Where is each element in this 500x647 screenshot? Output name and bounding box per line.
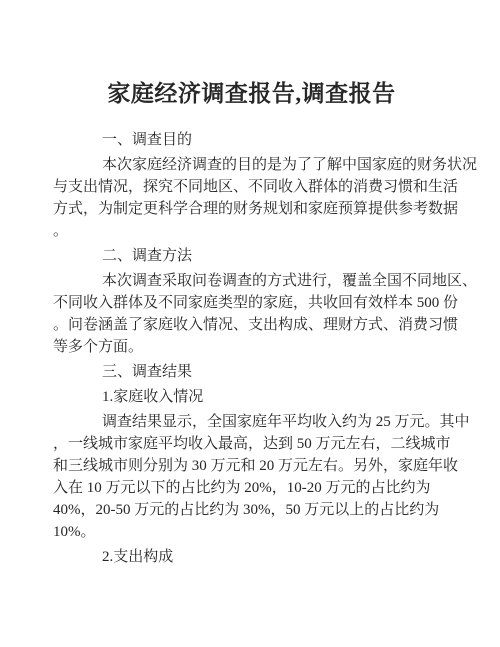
paragraph-line: 40%，20-50 万元的占比约为 30%，50 万元以上的占比约为 <box>53 499 450 521</box>
paragraph-line: 本次家庭经济调查的目的是为了了解中国家庭的财务状况 <box>53 154 450 176</box>
paragraph-line: 。问卷涵盖了家庭收入情况、支出构成、理财方式、消费习惯 <box>53 314 450 336</box>
section-purpose-paragraph: 本次家庭经济调查的目的是为了了解中国家庭的财务状况 与支出情况，探究不同地区、不… <box>53 154 450 242</box>
section-heading-results: 三、调查结果 <box>53 361 450 383</box>
subsection-income-paragraph: 调查结果显示，全国家庭年平均收入约为 25 万元。其中 ，一线城市家庭平均收入最… <box>53 411 450 543</box>
paragraph-line: 方式，为制定更科学合理的财务规划和家庭预算提供参考数据 <box>53 198 450 220</box>
paragraph-line: 调查结果显示，全国家庭年平均收入约为 25 万元。其中 <box>53 411 450 433</box>
paragraph-line: 和三线城市则分别为 30 万元和 20 万元左右。另外，家庭年收 <box>53 455 450 477</box>
paragraph-line: 与支出情况，探究不同地区、不同收入群体的消费习惯和生活 <box>53 176 450 198</box>
document-page: 家庭经济调查报告,调查报告 一、调查目的 本次家庭经济调查的目的是为了了解中国家… <box>0 0 500 647</box>
subsection-heading-expenditure: 2.支出构成 <box>53 546 450 568</box>
paragraph-line: ，一线城市家庭平均收入最高，达到 50 万元左右，二线城市 <box>53 433 450 455</box>
subsection-heading-income: 1.家庭收入情况 <box>53 386 450 408</box>
section-heading-purpose: 一、调查目的 <box>53 129 450 151</box>
document-title: 家庭经济调查报告,调查报告 <box>53 79 450 109</box>
paragraph-line: 。 <box>53 220 450 242</box>
paragraph-line: 不同收入群体及不同家庭类型的家庭，共收回有效样本 500 份 <box>53 292 450 314</box>
section-heading-method: 二、调查方法 <box>53 245 450 267</box>
paragraph-line: 等多个方面。 <box>53 336 450 358</box>
paragraph-line: 入在 10 万元以下的占比约为 20%，10-20 万元的占比约为 <box>53 477 450 499</box>
paragraph-line: 本次调查采取问卷调查的方式进行，覆盖全国不同地区、 <box>53 270 450 292</box>
paragraph-line: 10%。 <box>53 521 450 543</box>
section-method-paragraph: 本次调查采取问卷调查的方式进行，覆盖全国不同地区、 不同收入群体及不同家庭类型的… <box>53 270 450 358</box>
